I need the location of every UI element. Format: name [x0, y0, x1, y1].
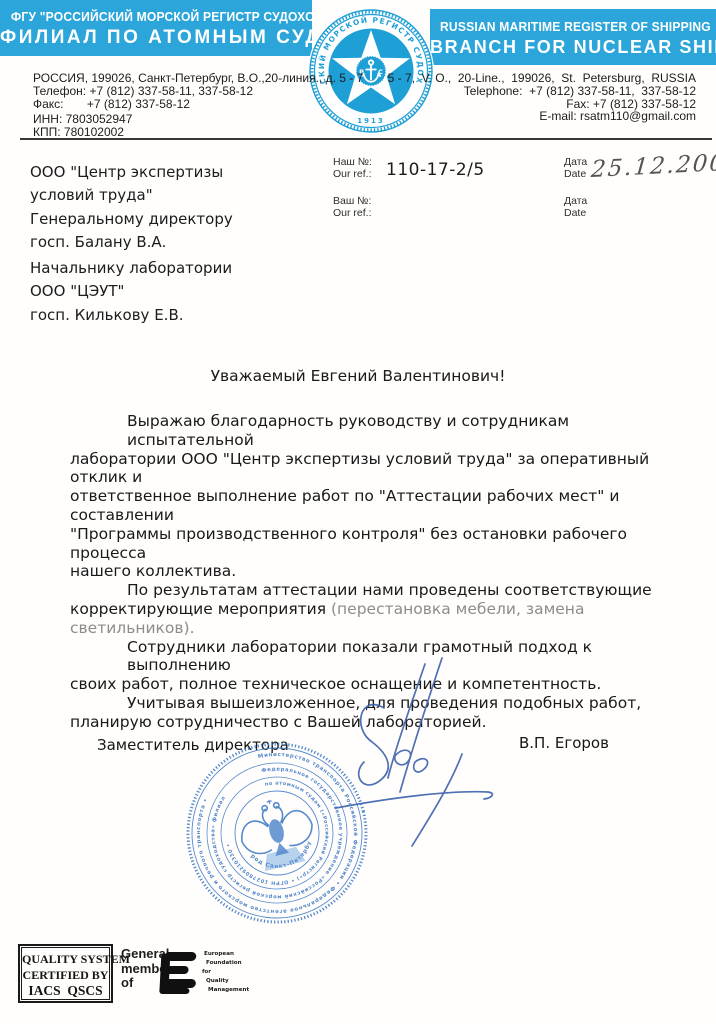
- org-name-en: RUSSIAN MARITIME REGISTER OF SHIPPING: [440, 19, 706, 34]
- efqm-text: European Foundation for Quality Manageme…: [202, 951, 250, 993]
- recipient-line: Генеральному директору: [30, 208, 233, 231]
- quality-line: CERTIFIED BY: [22, 968, 109, 984]
- date1-label-en: Date: [564, 169, 587, 181]
- fax-ru-line: Факс: +7 (812) 337-58-12: [33, 98, 363, 111]
- efqm-word: European: [204, 951, 234, 957]
- date2-label-ru: Дата: [564, 196, 587, 208]
- header-band-left: ФГУ "РОССИЙСКИЙ МОРСКОЙ РЕГИСТР СУДОХОДС…: [0, 0, 312, 56]
- body-line: По результатам аттестации нами проведены…: [70, 581, 692, 600]
- recipient-line: ООО "ЦЭУТ": [30, 280, 232, 303]
- body-line-part: корректирующие мероприятия: [70, 600, 331, 618]
- recipient-line: госп. Килькову Е.В.: [30, 304, 232, 327]
- paragraph-1: Выражаю благодарность руководству и сотр…: [70, 412, 692, 581]
- body-line: "Программы производственного контроля" б…: [70, 525, 692, 563]
- efqm-word: for: [202, 969, 211, 975]
- tax-ids-block: ИНН: 7803052947 КПП: 780102002: [33, 113, 132, 139]
- date1-label: Дата Date: [564, 157, 587, 180]
- quality-line: IACS QSCS: [22, 983, 109, 999]
- signature-stroke: [395, 750, 411, 765]
- email-line: E-mail: rsatm110@gmail.com: [388, 110, 696, 123]
- efqm-word: Foundation: [206, 960, 242, 966]
- body-line: ответственное выполнение работ по "Аттес…: [70, 487, 692, 525]
- efqm-word: Quality: [206, 978, 229, 984]
- our-ref-value: 110-17-2/5: [386, 160, 485, 180]
- address-ru-line: РОССИЯ, 199026, Санкт-Петербург, В.О.,20…: [33, 72, 363, 85]
- org-name-ru: ФГУ "РОССИЙСКИЙ МОРСКОЙ РЕГИСТР СУДОХОДС…: [11, 9, 301, 24]
- your-ref-label: Ваш №: Our ref.:: [333, 196, 372, 219]
- official-round-stamp: Министерство транспорта Российской Федер…: [184, 740, 370, 926]
- address-block-en: 5 - 7, V. O., 20-Line., 199026, St. Pete…: [388, 72, 696, 123]
- quality-system-box: QUALITY SYSTEM CERTIFIED BY IACS QSCS: [18, 944, 113, 1003]
- our-ref-label-ru: Наш №:: [333, 157, 372, 169]
- quality-line: QUALITY SYSTEM: [22, 952, 109, 968]
- paragraph-2: По результатам аттестации нами проведены…: [70, 581, 692, 637]
- recipient-line: ООО "Центр экспертизы: [30, 161, 233, 184]
- recipient-block-2: Начальнику лаборатории ООО "ЦЭУТ" госп. …: [30, 257, 232, 327]
- recipient-line: условий труда": [30, 184, 233, 207]
- recipient-line: госп. Балану В.А.: [30, 231, 233, 254]
- date2-label: Дата Date: [564, 196, 587, 219]
- efqm-e-icon: [159, 952, 197, 994]
- quality-system-box-inner: QUALITY SYSTEM CERTIFIED BY IACS QSCS: [21, 947, 110, 1000]
- phone-ru-line: Телефон: +7 (812) 337-58-11, 337-58-12: [33, 85, 363, 98]
- header-band-right: RUSSIAN MARITIME REGISTER OF SHIPPING BR…: [430, 9, 716, 65]
- salutation: Уважаемый Евгений Валентинович!: [0, 367, 716, 386]
- handwritten-date: 25.12.2007: [590, 149, 716, 183]
- header-divider: [20, 138, 712, 140]
- letter-page: ФГУ "РОССИЙСКИЙ МОРСКОЙ РЕГИСТР СУДОХОДС…: [0, 0, 716, 1024]
- signature-stroke: [388, 664, 425, 778]
- body-line: корректирующие мероприятия (перестановка…: [70, 600, 692, 638]
- body-line: Выражаю благодарность руководству и сотр…: [70, 412, 692, 450]
- our-ref-label-en: Our ref.:: [333, 169, 372, 181]
- date2-label-en: Date: [564, 208, 587, 220]
- date1-label-ru: Дата: [564, 157, 587, 169]
- branch-name-en: BRANCH FOR NUCLEAR SHIPS: [430, 37, 716, 58]
- body-line: нашего коллектива.: [70, 562, 692, 581]
- efqm-word: Management: [208, 987, 250, 993]
- efqm-logo: European Foundation for Quality Manageme…: [156, 942, 276, 1006]
- address-en-line: 5 - 7, V. O., 20-Line., 199026, St. Pete…: [388, 72, 696, 85]
- address-block-ru: РОССИЯ, 199026, Санкт-Петербург, В.О.,20…: [33, 72, 363, 110]
- signature-stroke: [414, 759, 428, 772]
- recipient-block-1: ООО "Центр экспертизы условий труда" Ген…: [30, 161, 233, 255]
- logo-year: 1913: [357, 117, 384, 125]
- recipient-line: Начальнику лаборатории: [30, 257, 232, 280]
- your-ref-label-en: Our ref.:: [333, 208, 372, 220]
- your-ref-label-ru: Ваш №:: [333, 196, 372, 208]
- phone-en-line: Telephone: +7 (812) 337-58-11, 337-58-12: [388, 85, 696, 98]
- body-line: лаборатории ООО "Центр экспертизы услови…: [70, 450, 692, 488]
- signature-stroke: [412, 754, 462, 846]
- branch-name-ru: ФИЛИАЛ ПО АТОМНЫМ СУДАМ: [0, 27, 312, 49]
- logo-letter-s: С: [378, 68, 383, 76]
- our-ref-label: Наш №: Our ref.:: [333, 157, 372, 180]
- signatory-name: В.П. Егоров: [519, 734, 609, 752]
